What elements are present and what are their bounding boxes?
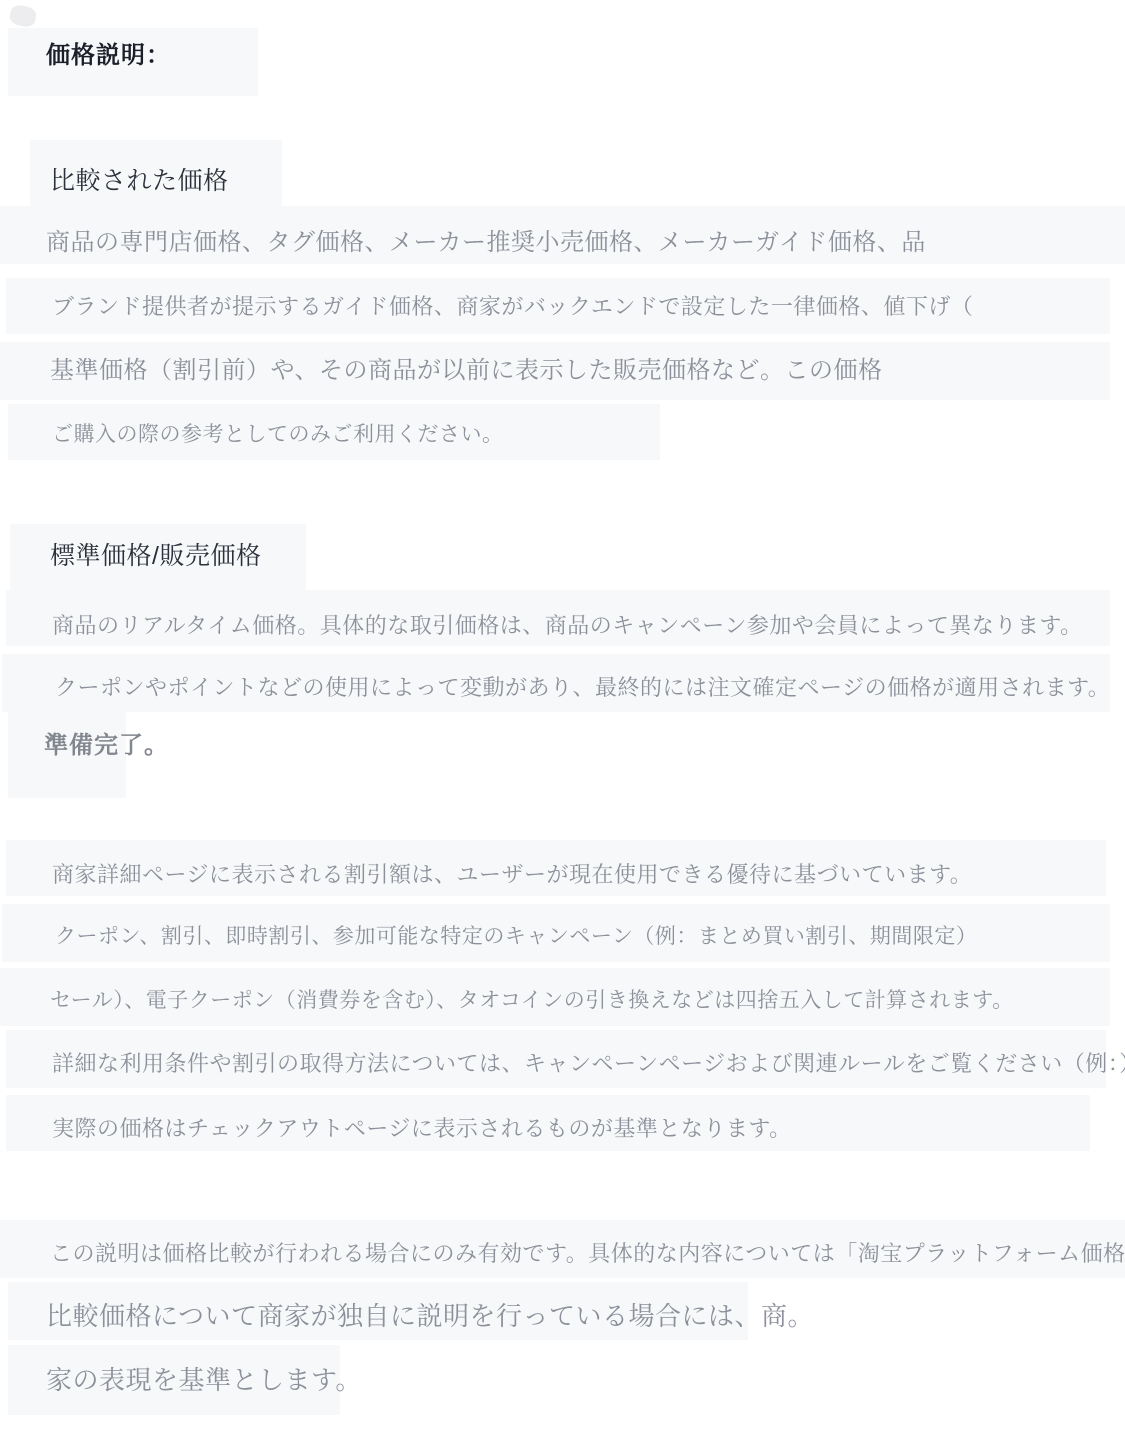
paragraph-line: クーポン、割引、即時割引、参加可能な特定のキャンペーン（例：まとめ買い割引、期間… — [55, 924, 977, 950]
paragraph-line: 基準価格（割引前）や、その商品が以前に表示した販売価格など。この価格 — [50, 356, 883, 386]
paragraph-line: この説明は価格比較が行われる場合にのみ有効です。具体的な内容については「淘宝プラ… — [50, 1240, 1125, 1268]
paragraph-line: セール）、電子クーポン（消費券を含む）、タオコインの引き換えなどは四捨五入して計… — [50, 988, 1014, 1014]
paragraph-line: 詳細な利用条件や割引の取得方法については、キャンペーンページおよび関連ルールをご… — [52, 1050, 1125, 1078]
section-heading-compared-price: 比較された価格 — [50, 166, 229, 197]
paragraph-line: 商品のリアルタイム価格。具体的な取引価格は、商品のキャンペーン参加や会員によって… — [52, 612, 1083, 640]
price-explanation-page: { "page_title": "価格説明：", "sections": [ {… — [0, 0, 1125, 1446]
paragraph-line: ご購入の際の参考としてのみご利用ください。 — [52, 422, 504, 448]
page-title: 価格説明： — [46, 41, 171, 71]
paragraph-line: 商家詳細ページに表示される割引額は、ユーザーが現在使用できる優待に基づいています… — [52, 861, 972, 889]
corner-smudge — [8, 4, 38, 29]
paragraph-line: クーポンやポイントなどの使用によって変動があり、最終的には注文確定ページの価格が… — [55, 674, 1110, 702]
paragraph-line: ブランド提供者が提示するガイド価格、商家がバックエンドで設定した一律価格、値下げ… — [52, 293, 973, 321]
paragraph-line: 商品の専門店価格、タグ価格、メーカー推奨小売価格、メーカーガイド価格、品 — [46, 228, 926, 258]
paragraph-line: 家の表現を基準とします。 — [46, 1364, 362, 1397]
paragraph-line: 比較価格について商家が独自に説明を行っている場合には、商。 — [46, 1300, 814, 1333]
section-heading-standard-price: 標準価格/販売価格 — [50, 541, 261, 572]
paragraph-line: 実際の価格はチェックアウトページに表示されるものが基準となります。 — [52, 1115, 792, 1143]
section-heading-ready: 準備完了。 — [44, 731, 169, 761]
